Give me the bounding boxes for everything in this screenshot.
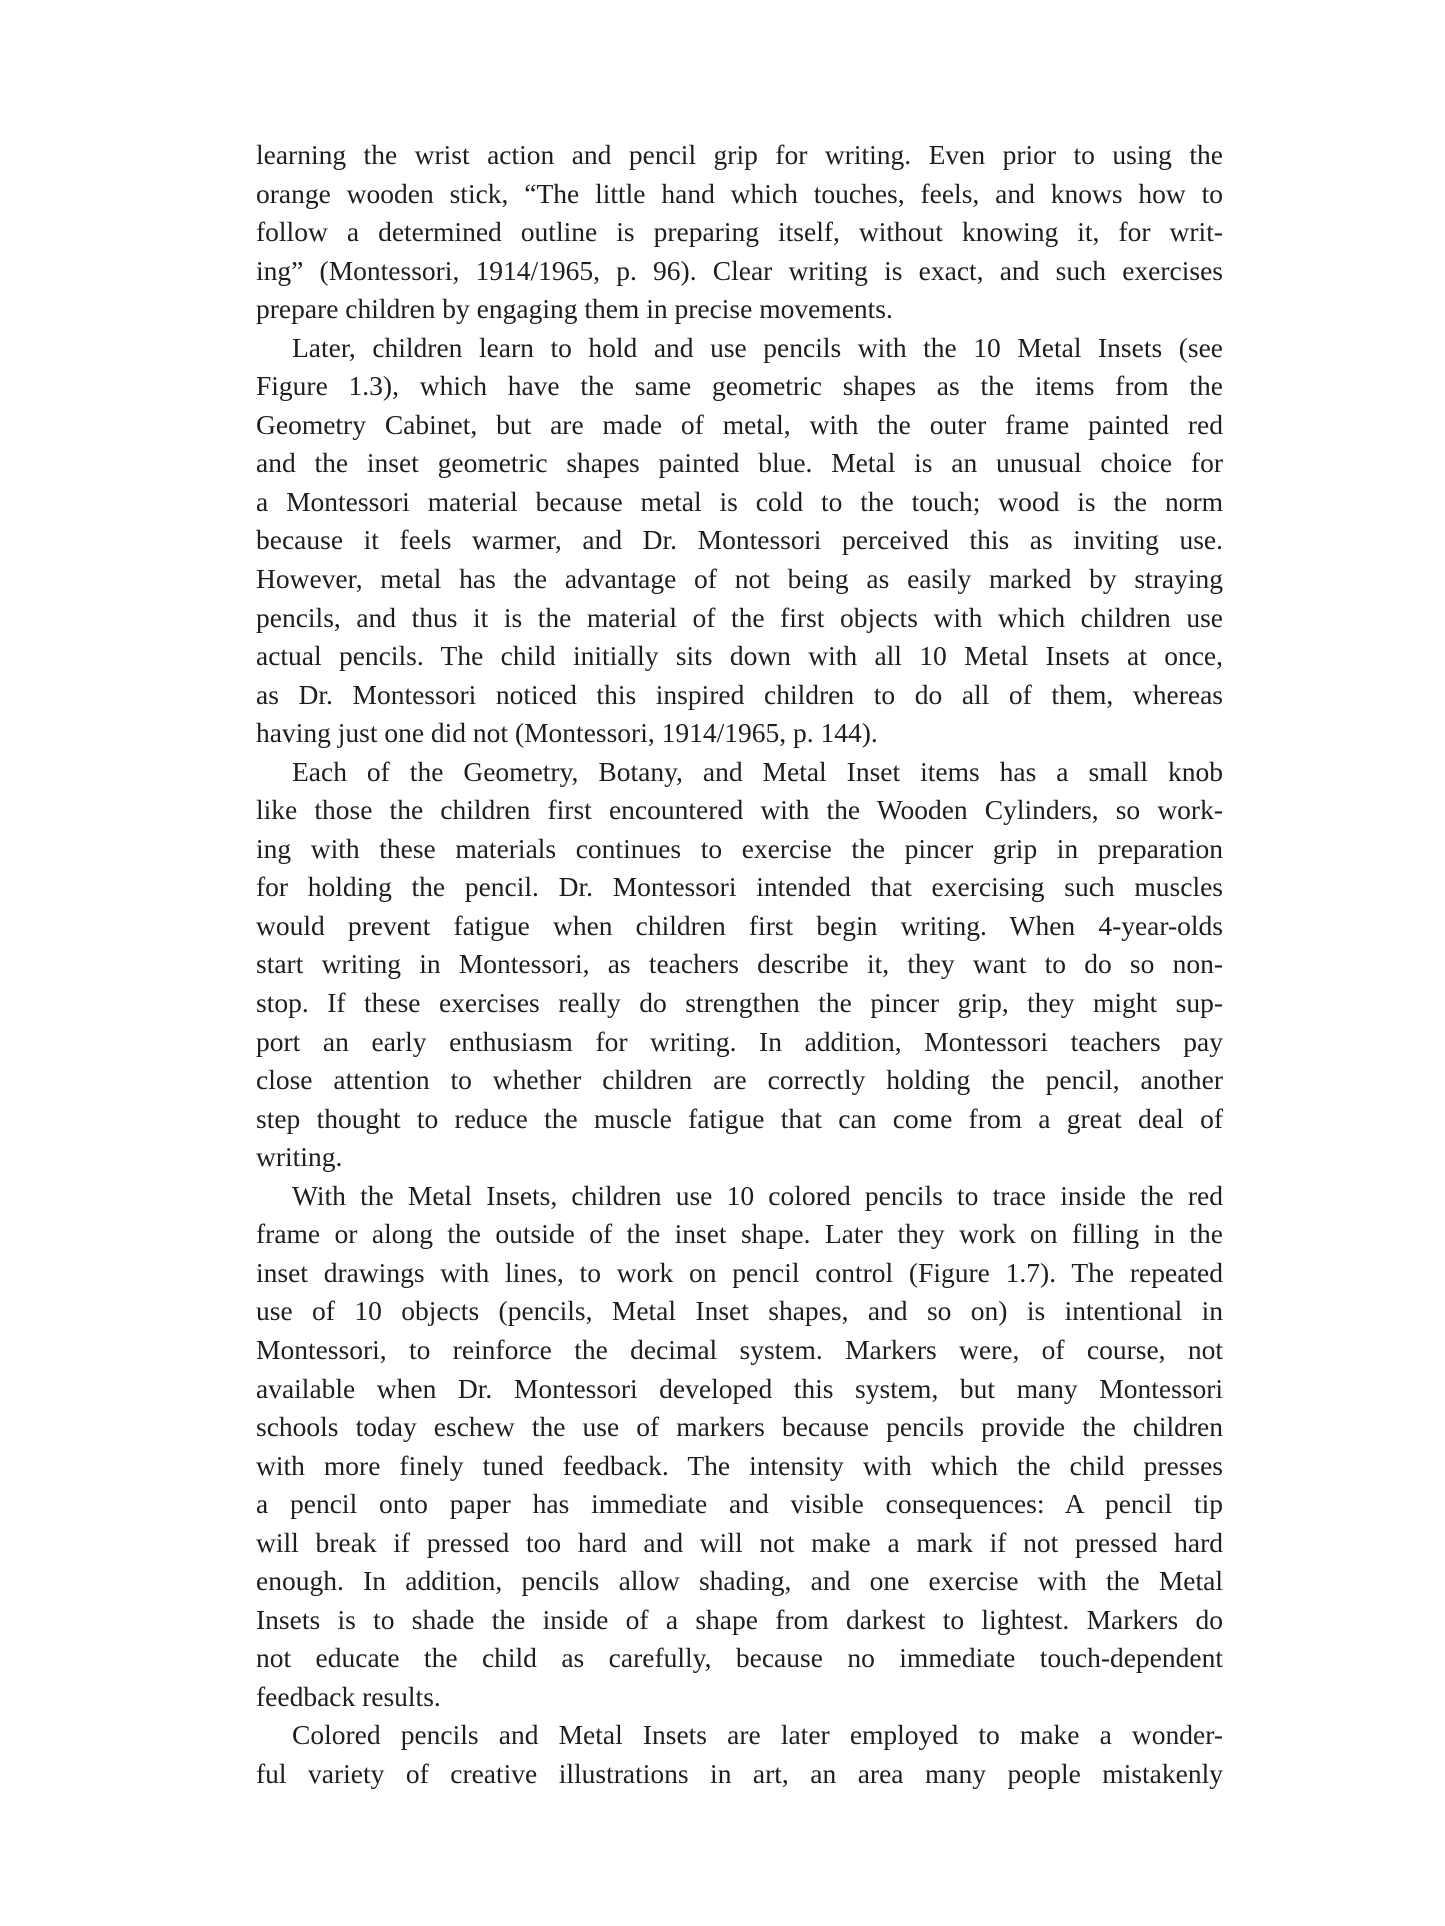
text-line: pencils, and thus it is the material of … xyxy=(256,599,1223,638)
text-line: enough. In addition, pencils allow shadi… xyxy=(256,1562,1223,1601)
text-line: with more finely tuned feedback. The int… xyxy=(256,1447,1223,1486)
text-line: not educate the child as carefully, beca… xyxy=(256,1639,1223,1678)
text-line: a Montessori material because metal is c… xyxy=(256,483,1223,522)
text-line: feedback results. xyxy=(256,1678,1223,1717)
paragraph-3: Each of the Geometry, Botany, and Metal … xyxy=(256,753,1223,1177)
text-line: Geometry Cabinet, but are made of metal,… xyxy=(256,406,1223,445)
text-line: close attention to whether children are … xyxy=(256,1061,1223,1100)
text-line: inset drawings with lines, to work on pe… xyxy=(256,1254,1223,1293)
text-line: ful variety of creative illustrations in… xyxy=(256,1755,1223,1794)
text-line: Figure 1.3), which have the same geometr… xyxy=(256,367,1223,406)
text-line: ing with these materials continues to ex… xyxy=(256,830,1223,869)
text-line: With the Metal Insets, children use 10 c… xyxy=(256,1177,1223,1216)
paragraph-2: Later, children learn to hold and use pe… xyxy=(256,329,1223,753)
text-line: start writing in Montessori, as teachers… xyxy=(256,945,1223,984)
page-body: learning the wrist action and pencil gri… xyxy=(256,136,1223,1794)
text-line: prepare children by engaging them in pre… xyxy=(256,290,1223,329)
text-line: frame or along the outside of the inset … xyxy=(256,1215,1223,1254)
text-line: writing. xyxy=(256,1138,1223,1177)
text-line: use of 10 objects (pencils, Metal Inset … xyxy=(256,1292,1223,1331)
text-line: actual pencils. The child initially sits… xyxy=(256,637,1223,676)
text-line: orange wooden stick, “The little hand wh… xyxy=(256,175,1223,214)
text-line: and the inset geometric shapes painted b… xyxy=(256,444,1223,483)
text-line: for holding the pencil. Dr. Montessori i… xyxy=(256,868,1223,907)
paragraph-5: Colored pencils and Metal Insets are lat… xyxy=(256,1716,1223,1793)
text-line: Later, children learn to hold and use pe… xyxy=(256,329,1223,368)
text-line: stop. If these exercises really do stren… xyxy=(256,984,1223,1023)
text-line: would prevent fatigue when children firs… xyxy=(256,907,1223,946)
paragraph-1: learning the wrist action and pencil gri… xyxy=(256,136,1223,329)
text-line: having just one did not (Montessori, 191… xyxy=(256,714,1223,753)
text-line: ing” (Montessori, 1914/1965, p. 96). Cle… xyxy=(256,252,1223,291)
text-line: However, metal has the advantage of not … xyxy=(256,560,1223,599)
text-line: step thought to reduce the muscle fatigu… xyxy=(256,1100,1223,1139)
text-line: because it feels warmer, and Dr. Montess… xyxy=(256,521,1223,560)
text-line: available when Dr. Montessori developed … xyxy=(256,1370,1223,1409)
text-line: as Dr. Montessori noticed this inspired … xyxy=(256,676,1223,715)
text-line: Each of the Geometry, Botany, and Metal … xyxy=(256,753,1223,792)
text-line: will break if pressed too hard and will … xyxy=(256,1524,1223,1563)
text-line: like those the children first encountere… xyxy=(256,791,1223,830)
text-line: a pencil onto paper has immediate and vi… xyxy=(256,1485,1223,1524)
text-line: learning the wrist action and pencil gri… xyxy=(256,136,1223,175)
text-line: schools today eschew the use of markers … xyxy=(256,1408,1223,1447)
text-line: Insets is to shade the inside of a shape… xyxy=(256,1601,1223,1640)
paragraph-4: With the Metal Insets, children use 10 c… xyxy=(256,1177,1223,1717)
text-line: Montessori, to reinforce the decimal sys… xyxy=(256,1331,1223,1370)
text-line: port an early enthusiasm for writing. In… xyxy=(256,1023,1223,1062)
text-line: follow a determined outline is preparing… xyxy=(256,213,1223,252)
text-line: Colored pencils and Metal Insets are lat… xyxy=(256,1716,1223,1755)
